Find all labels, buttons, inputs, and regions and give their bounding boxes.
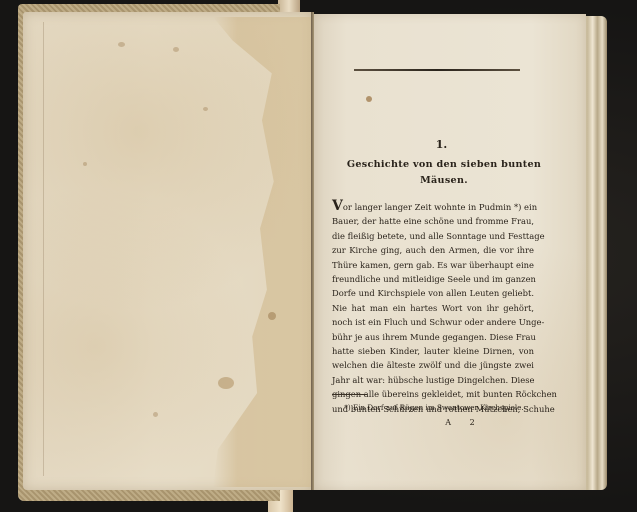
body-line: bühr je aus ihrem Munde gegangen. Diese …: [332, 330, 534, 344]
body-line: zur Kirche ging, auch den Armen, die vor…: [332, 243, 534, 257]
header-rule: [354, 69, 520, 71]
body-line: freundliche und mitleidige Seele und im …: [332, 272, 534, 286]
body-line: Vor langer langer Zeit wohnte in Pudmin …: [332, 199, 534, 214]
foxing-spot: [366, 96, 372, 102]
foxing-spot: [173, 47, 179, 52]
foxing-spot: [118, 42, 125, 47]
right-page: 1. Geschichte von den sieben bunten Mäus…: [314, 14, 586, 490]
foxing-spot: [268, 312, 276, 320]
footnote-rule: [332, 394, 367, 395]
water-stain: [213, 17, 311, 487]
chapter-title-line: Geschichte von den sieben bunten: [334, 157, 554, 173]
signature-mark: A 2: [434, 418, 494, 427]
page-margin-line: [43, 22, 44, 476]
body-line: welchen die älteste zwölf und die jüngst…: [332, 358, 534, 372]
body-line: noch ist ein Fluch und Schwur oder ander…: [332, 315, 534, 329]
body-text: Vor langer langer Zeit wohnte in Pudmin …: [332, 199, 534, 416]
foxing-spot: [203, 107, 208, 111]
foxing-spot: [218, 377, 234, 389]
body-line: die fleißig betete, und alle Sonntage un…: [332, 229, 534, 243]
footnote: *) Ein Dorf auf Rügen im Swantower Kirch…: [334, 403, 534, 412]
body-line: Bauer, der hatte eine schöne und fromme …: [332, 214, 534, 228]
body-line: Thüre kamen, gern gab. Es war überhaupt …: [332, 258, 534, 272]
foxing-spot: [83, 162, 87, 166]
chapter-title-line: Mäusen.: [334, 173, 554, 189]
body-line: Jahr alt war: hübsche lustige Dingelchen…: [332, 373, 534, 387]
chapter-number: 1.: [314, 138, 569, 151]
body-line: Nie hat man ein hartes Wort von ihr gehö…: [332, 301, 534, 315]
foxing-spot: [153, 412, 158, 417]
body-line: hatte sieben Kinder, lauter kleine Dirne…: [332, 344, 534, 358]
body-line: Dorfe und Kirchspiele von allen Leuten g…: [332, 286, 534, 300]
chapter-title: Geschichte von den sieben bunten Mäusen.: [334, 157, 554, 189]
left-page: [23, 12, 311, 490]
